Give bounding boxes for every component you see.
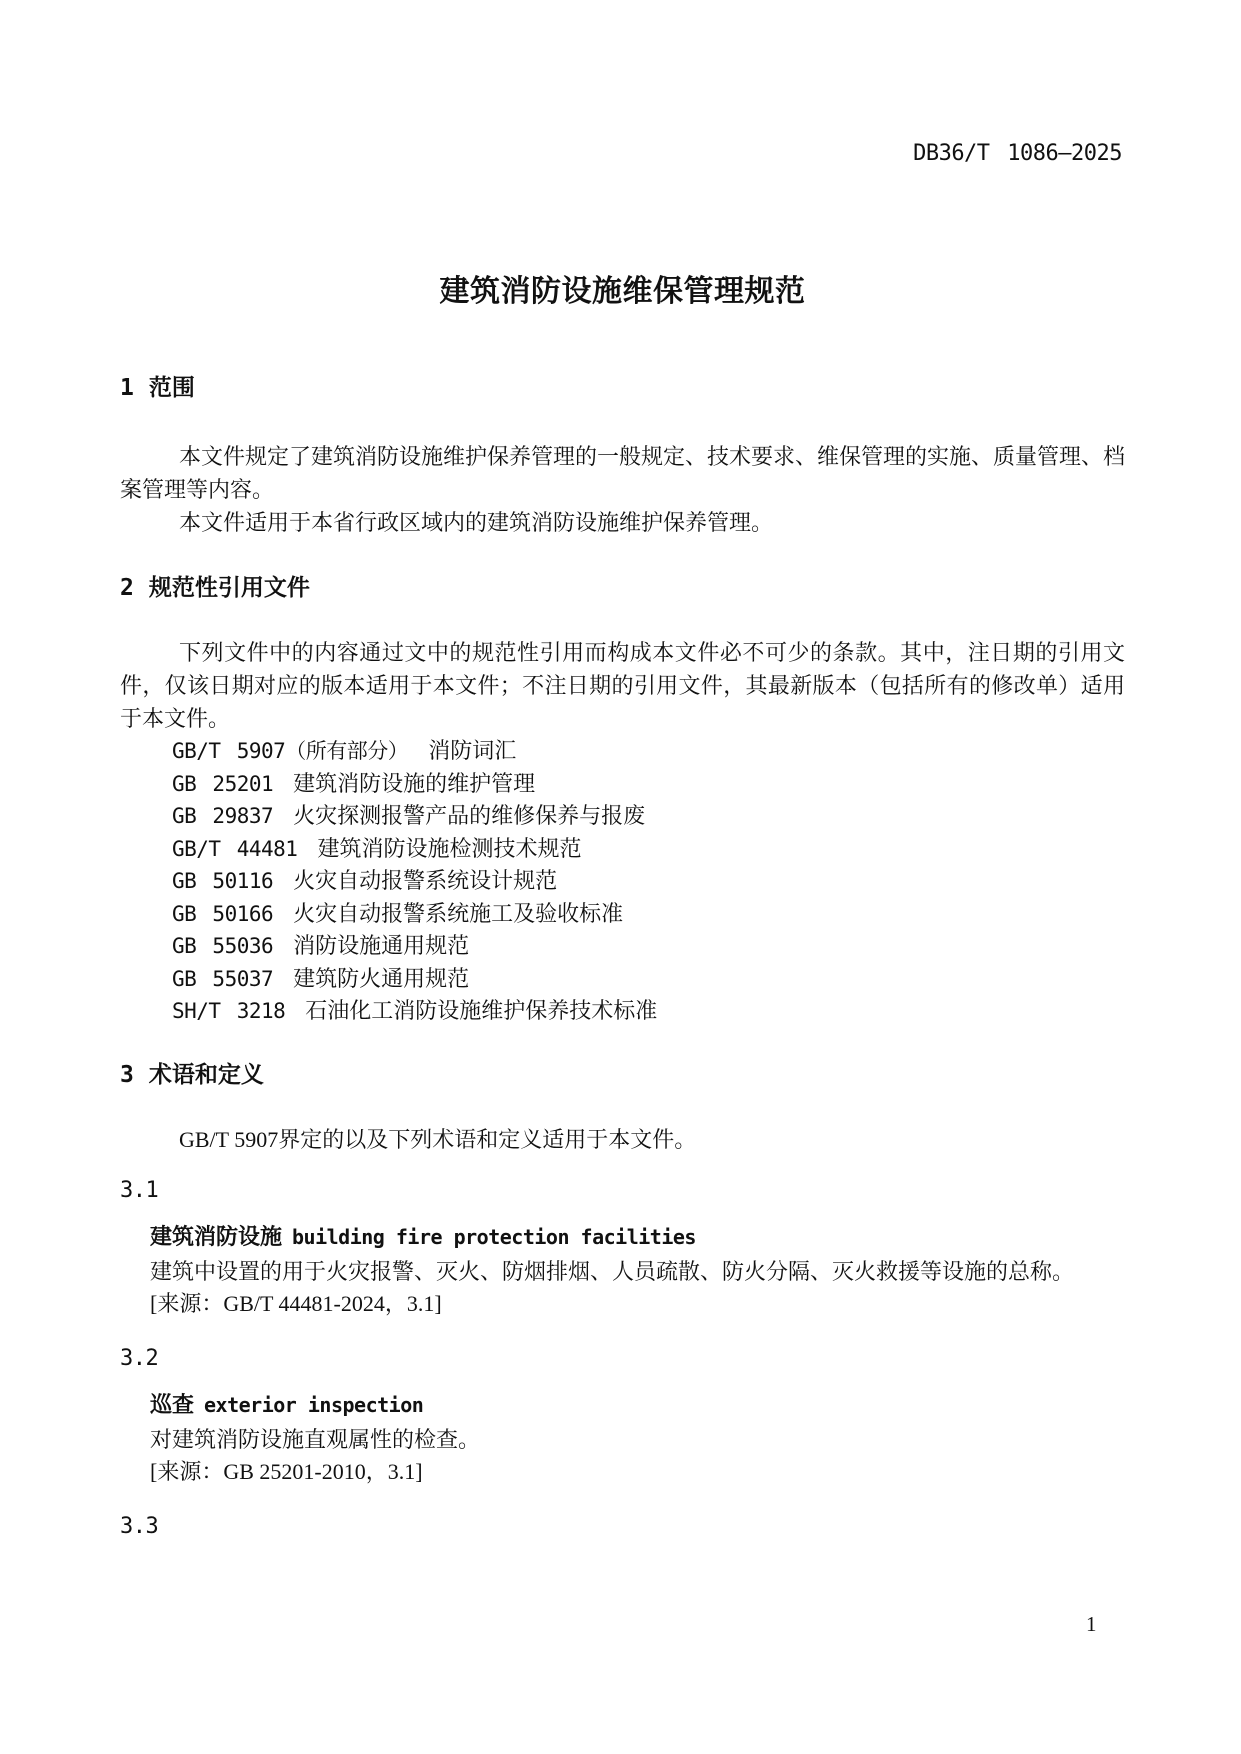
normative-references-intro: 下列文件中的内容通过文中的规范性引用而构成本文件必不可少的条款。其中，注日期的引… xyxy=(120,636,1125,735)
reference-item: GB/T 44481建筑消防设施检测技术规范 xyxy=(172,833,1125,866)
term-zh-label: 巡查 xyxy=(150,1392,194,1417)
reference-code: GB 25201 xyxy=(172,772,273,796)
section-2-heading: 2规范性引用文件 xyxy=(120,573,1125,602)
reference-item: GB 50166火灾自动报警系统施工及验收标准 xyxy=(172,898,1125,931)
reference-code: GB 29837 xyxy=(172,804,273,828)
terms-intro: GB/T 5907界定的以及下列术语和定义适用于本文件。 xyxy=(120,1123,1125,1156)
reference-item: GB 55037建筑防火通用规范 xyxy=(172,963,1125,996)
reference-code: GB 50166 xyxy=(172,902,273,926)
document-title: 建筑消防设施维保管理规范 xyxy=(120,266,1125,310)
term-en-label: exterior inspection xyxy=(204,1393,423,1417)
section-2-number: 2 xyxy=(120,574,134,602)
scope-paragraph-1: 本文件规定了建筑消防设施维护保养管理的一般规定、技术要求、维保管理的实施、质量管… xyxy=(120,440,1125,506)
normative-references-list: GB/T 5907（所有部分）消防词汇 GB 25201建筑消防设施的维护管理 … xyxy=(120,735,1125,1028)
term-3-1-definition: 建筑中设置的用于火灾报警、灭火、防烟排烟、人员疏散、防火分隔、灭火救援等设施的总… xyxy=(120,1256,1125,1288)
scope-paragraph-2: 本文件适用于本省行政区域内的建筑消防设施维护保养管理。 xyxy=(120,506,1125,539)
section-2-title: 规范性引用文件 xyxy=(149,574,310,600)
reference-code: GB 55036 xyxy=(172,934,273,958)
term-3-2-name: 巡查exterior inspection xyxy=(120,1389,1125,1424)
reference-code: GB 55037 xyxy=(172,967,273,991)
term-en-label: building fire protection facilities xyxy=(292,1225,696,1249)
reference-item: GB 55036消防设施通用规范 xyxy=(172,930,1125,963)
reference-title: 建筑防火通用规范 xyxy=(293,966,469,991)
section-3-number: 3 xyxy=(120,1061,134,1089)
reference-item: SH/T 3218石油化工消防设施维护保养技术标准 xyxy=(172,995,1125,1028)
reference-title: 消防设施通用规范 xyxy=(293,933,469,958)
reference-title: 建筑消防设施检测技术规范 xyxy=(317,836,581,861)
term-3-2-source: [来源：GB 25201-2010，3.1] xyxy=(120,1456,1125,1488)
term-zh-label: 建筑消防设施 xyxy=(150,1224,282,1249)
reference-item: GB/T 5907（所有部分）消防词汇 xyxy=(172,735,1125,768)
section-1-heading: 1范围 xyxy=(120,373,1125,402)
document-page: DB36/T 1086—2025 建筑消防设施维保管理规范 1范围 本文件规定了… xyxy=(0,0,1241,1754)
reference-title: 火灾自动报警系统施工及验收标准 xyxy=(293,901,623,926)
reference-code: SH/T 3218 xyxy=(172,999,285,1023)
reference-title: 消防词汇 xyxy=(428,738,516,763)
reference-title: 火灾探测报警产品的维修保养与报废 xyxy=(293,803,645,828)
term-3-1-name: 建筑消防设施building fire protection facilitie… xyxy=(120,1221,1125,1256)
section-1-number: 1 xyxy=(120,374,134,402)
reference-item: GB 25201建筑消防设施的维护管理 xyxy=(172,768,1125,801)
standard-code: DB36/T 1086—2025 xyxy=(913,141,1122,166)
section-3-heading: 3术语和定义 xyxy=(120,1060,1125,1089)
term-3-2-id: 3.2 xyxy=(120,1342,1125,1375)
reference-title: 建筑消防设施的维护管理 xyxy=(293,771,535,796)
reference-item: GB 50116火灾自动报警系统设计规范 xyxy=(172,865,1125,898)
reference-code: GB/T 5907（所有部分） xyxy=(172,739,408,763)
reference-code: GB/T 44481 xyxy=(172,837,297,861)
term-3-2-definition: 对建筑消防设施直观属性的检查。 xyxy=(120,1424,1125,1456)
reference-code: GB 50116 xyxy=(172,869,273,893)
page-number: 1 xyxy=(1086,1612,1097,1637)
section-3-title: 术语和定义 xyxy=(149,1061,264,1087)
reference-item: GB 29837火灾探测报警产品的维修保养与报废 xyxy=(172,800,1125,833)
term-3-3-id: 3.3 xyxy=(120,1510,1125,1543)
reference-title: 石油化工消防设施维护保养技术标准 xyxy=(305,998,657,1023)
term-3-1-id: 3.1 xyxy=(120,1174,1125,1207)
reference-title: 火灾自动报警系统设计规范 xyxy=(293,868,557,893)
document-body: 1范围 本文件规定了建筑消防设施维护保养管理的一般规定、技术要求、维保管理的实施… xyxy=(120,373,1125,1543)
term-3-1-source: [来源：GB/T 44481-2024，3.1] xyxy=(120,1288,1125,1320)
section-1-title: 范围 xyxy=(149,374,195,400)
